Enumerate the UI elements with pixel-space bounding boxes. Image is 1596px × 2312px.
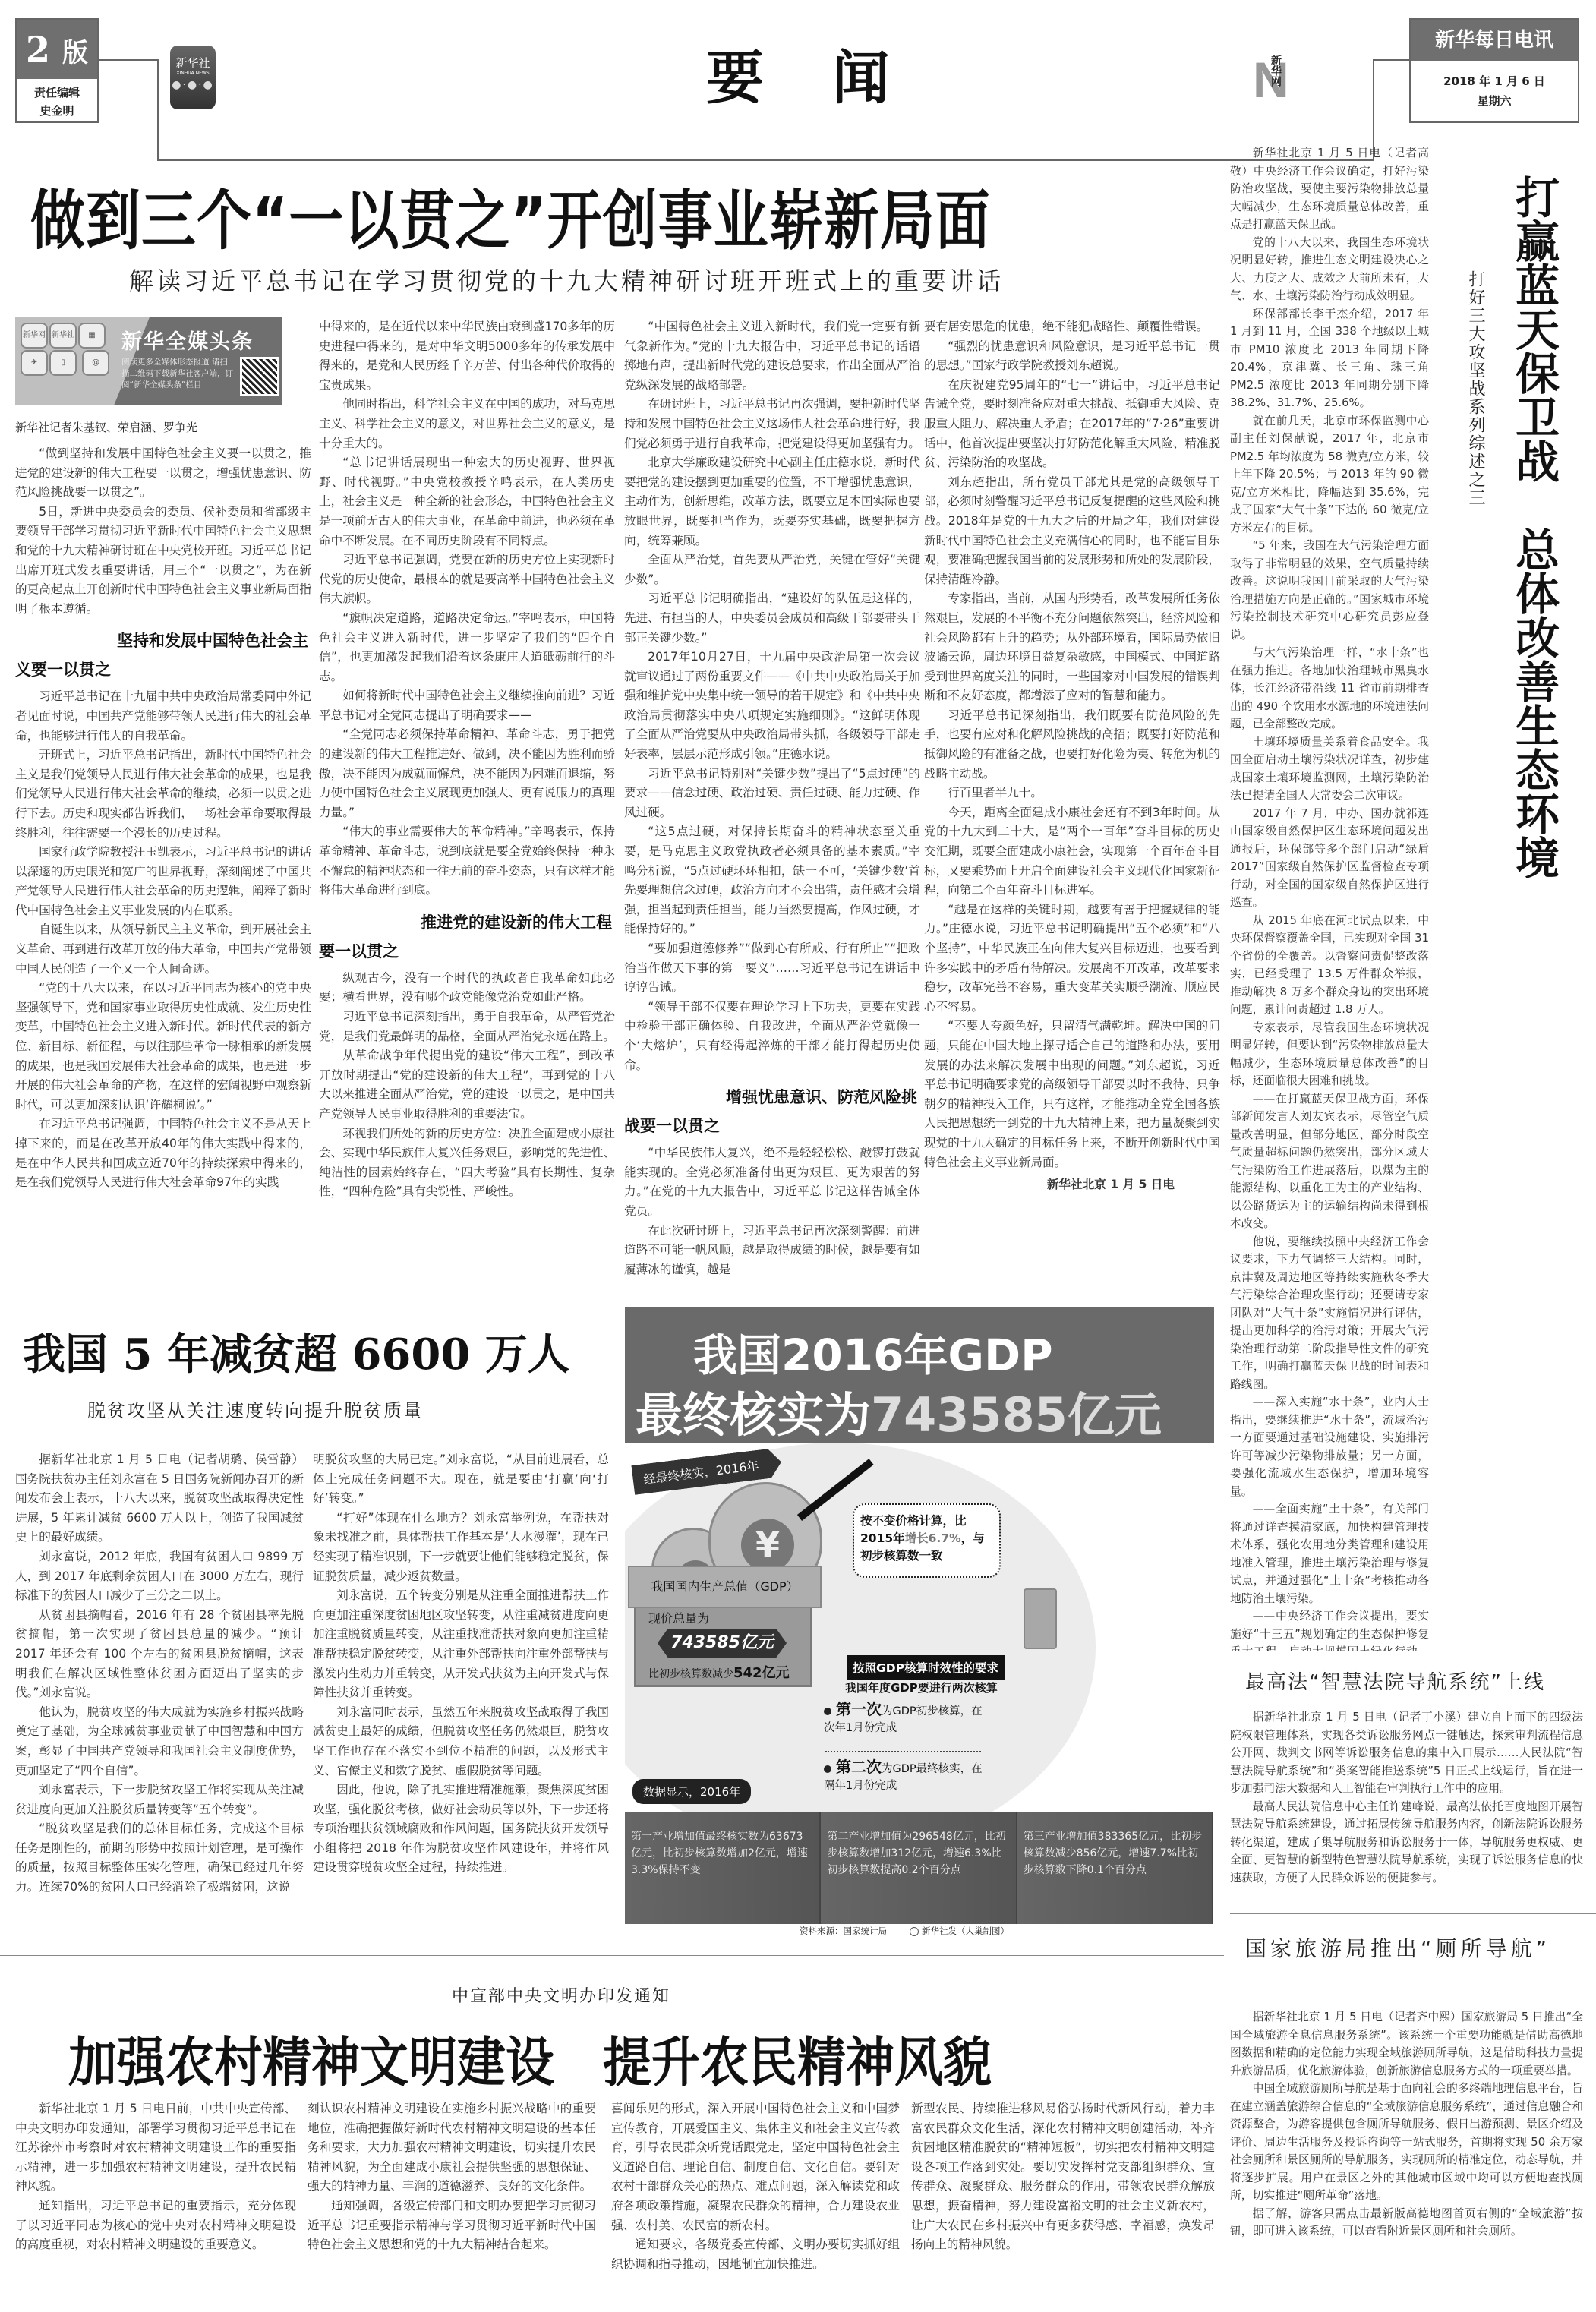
bubble-line: 按不变价格计算，比 xyxy=(860,1512,993,1530)
dateline: 新华社北京 1 月 5 日电 xyxy=(924,1175,1220,1195)
subhead-line: 要一以贯之 xyxy=(319,942,399,960)
page-number-value: 2 xyxy=(26,29,50,70)
paragraph: 习近平总书记深刻指出，我们既要有防范风险的先手，也要有应对和化解风险挑战的高招；… xyxy=(924,706,1220,784)
paragraph: 在此次研讨班上，习近平总书记再次深刻警醒：前进道路不可能一帆风顺，越是取得成绩的… xyxy=(624,1222,920,1280)
tourism-headline: 国家旅游局推出“厕所导航” xyxy=(1245,1932,1550,1963)
paragraph: “脱贫攻坚是我们的总体目标任务，完成这个目标任务是刚性的，前期的形势中按照计划管… xyxy=(15,1819,304,1897)
header-rule xyxy=(157,59,159,161)
qr-small-icon: ▦ xyxy=(78,323,106,349)
paragraph: “要加强道德修养”“做到心有所戒、行有所止”“把政治当作做天下事的第一要义”……… xyxy=(624,939,920,998)
paragraph: 行百里者半九十。 xyxy=(924,784,1220,803)
page-suffix: 版 xyxy=(62,38,88,68)
issue-date: 2018 年 1 月 6 日 xyxy=(1411,71,1578,91)
court-headline: 最高法“智慧法院导航系统”上线 xyxy=(1245,1667,1545,1695)
gdp-box-label: 现价总量为 xyxy=(648,1609,709,1626)
editor-name: 史金明 xyxy=(17,102,97,120)
step-label: 第二次 xyxy=(836,1758,882,1776)
subhead-line: 增强忧患意识、防范风险挑 xyxy=(624,1083,920,1112)
paragraph: 全面从严治党，首先要从严治党，关键在管好“关键少数”。 xyxy=(624,550,920,589)
paragraph: 最高人民法院信息中心主任许建峰说，最高法依托百度地图开展智慧法院导航系统建设，通… xyxy=(1230,1798,1583,1888)
byline: 新华社记者朱基钗、荣启涵、罗争光 xyxy=(15,419,197,435)
subhead-line: 战要一以贯之 xyxy=(624,1117,720,1135)
paragraph: 北京大学廉政建设研究中心副主任庄德水说，新时代要把党的建设摆到更加重要的位置，不… xyxy=(624,453,920,550)
paragraph: 新华社北京 1 月 5 日电日前，中共中央宣传部、中央文明办印发通知，部署学习贯… xyxy=(15,2099,296,2197)
paragraph: 中国全域旅游厕所导航是基于面向社会的多终端地理信息平台，旨在建立涵盖旅游综合信息… xyxy=(1230,2080,1583,2205)
paragraph: 据新华社北京 1 月 5 日电（记者丁小溪）建立自上而下的四级法院权限管理体系，… xyxy=(1230,1708,1583,1798)
paragraph: 刘永富同时表示，虽然五年来脱贫攻坚战取得了我国减贫史上最好的成绩，但脱贫攻坚任务… xyxy=(313,1703,609,1781)
paragraph: 2017 年 7 月，中办、国办就祁连山国家级自然保护区生态环境问题发出通报后，… xyxy=(1230,805,1429,912)
right-story-body: 新华社北京 1 月 5 日电（记者高敬）中央经济工作会议确定，打好污染防治攻坚战… xyxy=(1230,144,1429,1651)
xinhuanet-icon: 新华网 xyxy=(21,323,48,349)
qr-code-icon[interactable] xyxy=(240,357,279,396)
at-icon: @ xyxy=(82,350,109,376)
gdp-title-prefix: 最终核实为 xyxy=(636,1387,871,1443)
paragraph: 今天，距离全面建成小康社会还有不到3年时间。从党的十九大到二十大，是“两个一百年… xyxy=(924,803,1220,901)
rural-column-3: 喜闻乐见的形式，深入开展中国特色社会主义和中国梦宣传教育，开展爱国主义、集体主义… xyxy=(611,2099,900,2312)
paragraph: 据了解，游客只需点击最新版高德地图首页右侧的“全域旅游”按钮，即可进入该系统，可… xyxy=(1230,2205,1583,2241)
paragraph: 中得来的，是在近代以来中华民族由衰到盛170多年的历史进程中得来的，是对中华文明… xyxy=(319,317,615,395)
data-shows-tag: 数据显示，2016年 xyxy=(632,1779,751,1804)
issue-weekday: 星期六 xyxy=(1411,91,1578,111)
promo-title: 新华全媒头条 xyxy=(121,325,254,355)
main-headline: 做到三个“一以贯之”开创事业崭新局面 xyxy=(30,169,1230,262)
poverty-column-1: 据新华社北京 1 月 5 日电（记者胡璐、侯雪静）国务院扶贫办主任刘永富在 5 … xyxy=(15,1450,304,1944)
less-prefix: 比初步核算数减少 xyxy=(648,1668,733,1680)
paragraph: 明脱贫攻坚的大局已定。”刘永富说，“从目前进展看，总体上完成任务问题不大。现在，… xyxy=(313,1450,609,1509)
paragraph: ——全面实施“土十条”，有关部门将通过详查摸清家底，加快构建管理技术体系，强化农… xyxy=(1230,1500,1429,1607)
paragraph: 2017年10月27日，十九届中央政治局第一次会议就审议通过了两份重要文件——《… xyxy=(624,648,920,765)
gdp-title-line2: 最终核实为743585亿元 xyxy=(636,1377,1162,1445)
paragraph: 据新华社北京 1 月 5 日电（记者齐中熙）国家旅游局 5 日推出“全国全域旅游… xyxy=(1230,2008,1583,2080)
source-text: 资料来源：国家统计局 xyxy=(800,1926,887,1936)
source-line: 资料来源：国家统计局新华社发（大巢制图） xyxy=(800,1925,1009,1937)
paragraph: 5日，新进中央委员会的委员、候补委员和省部级主要领导干部学习贯彻习近平新时代中国… xyxy=(15,503,311,620)
tertiary-industry-panel: 第三产业增加值383365亿元，比初步核算数减少856亿元，增速7.7%比初步核… xyxy=(1017,1812,1213,1924)
paragraph: 在习近平总书记强调，中国特色社会主义不是从天上掉下来的，而是在改革开放40年的伟… xyxy=(15,1115,311,1192)
drone-icon: ✈ xyxy=(21,350,48,376)
promo-box[interactable]: 新华网新华社▦ ✈▯ @ 新华全媒头条 阅读更多全媒体形态报道 请扫描二维码下载… xyxy=(15,317,282,405)
promo-icons: 新华网新华社▦ ✈▯ @ xyxy=(20,322,111,377)
paragraph: “伟大的事业需要伟大的革命精神。”辛鸣表示，保持革命精神、革命斗志，说到底就是要… xyxy=(319,822,615,900)
bullet-icon xyxy=(824,1708,831,1715)
xinhuanet-logo: N 新华网 xyxy=(1253,53,1314,106)
paragraph: “这5点过硬，对保持长期奋斗的精神状态至关重要，是马克思主义政党执政者必须具备的… xyxy=(624,822,920,939)
paragraph: “越是在这样的关键时期，越要有善于把握规律的能力。”庄德水说，习近平总书记明确提… xyxy=(924,901,1220,1017)
poverty-headline: 我国 5 年减贫超 6600 万人 xyxy=(23,1321,570,1382)
page-number: 2 版 xyxy=(17,20,97,79)
xinhua-logo: 新华社 XINHUA NEWS ●·●·● xyxy=(170,46,216,109)
column-rule xyxy=(1225,137,1225,1655)
less-value: 542亿元 xyxy=(733,1665,790,1681)
section-subhead: 推进党的建设新的伟大工程 要一以贯之 xyxy=(319,908,615,966)
step-second: 第二次为GDP最终核实，在隔年1月份完成 xyxy=(824,1758,983,1794)
paragraph: “全党同志必须保持革命精神、革命斗志，勇于把党的建设新的伟大工程推进好、做到，决… xyxy=(319,725,615,822)
court-story-body: 据新华社北京 1 月 5 日电（记者丁小溪）建立自上而下的四级法院权限管理体系，… xyxy=(1230,1708,1583,1906)
paragraph: 自诞生以来，从领导新民主主义革命，到开展社会主义革命、再到进行改革开放的伟大革命… xyxy=(15,920,311,979)
section-rule xyxy=(1230,1913,1596,1914)
paragraph: 刘永富表示，下一步脱贫攻坚工作将实现从关注减贫进度向更加关注脱贫质量转变等“五个… xyxy=(15,1781,304,1819)
paragraph: 刘东超指出，所有党员干部尤其是党的高级领导干部，必须时刻警醒习近平总书记反复提醒… xyxy=(924,473,1220,590)
paragraph: 就在前几天，北京市环保监测中心副主任刘保献说，2017 年，北京市 PM2.5 … xyxy=(1230,412,1429,538)
paragraph: 新型农民、持续推进移风易俗弘扬时代新风行动，着力丰富农民群众文化生活，深化农村精… xyxy=(911,2099,1215,2255)
growth-rate: 增长6.7% xyxy=(905,1531,961,1545)
paragraph: “总书记讲话展现出一种宏大的历史视野、世界视野、时代视野。”中央党校教授辛鸣表示… xyxy=(319,453,615,550)
subhead-line: 推进党的建设新的伟大工程 xyxy=(319,908,615,937)
paragraph: 在研讨班上，习近平总书记再次强调，要把新时代坚持和发展中国特色社会主义这场伟大社… xyxy=(624,395,920,453)
paragraph: 刘永富说，五个转变分别是从注重全面推进帮扶工作向更加注重深度贫困地区攻坚转变，从… xyxy=(313,1586,609,1703)
news-logo-cn: 新华网 xyxy=(1268,55,1283,87)
dotted-divider xyxy=(825,1751,981,1752)
paragraph: “5 年来，我国在大气污染治理方面取得了非常明显的效果，空气质量持续改善。这说明… xyxy=(1230,537,1429,644)
gdp-box-lid: 我国国内生产总值（GDP） xyxy=(628,1566,822,1608)
gdp-infographic: 我国2016年GDP 最终核实为743585亿元 经最终核实，2016年 ¥ ¥… xyxy=(625,1307,1214,1941)
gdp-title-value: 743585亿元 xyxy=(871,1387,1162,1443)
main-story-column-4: 要有居安思危的忧患，绝不能犯战略性、颠覆性错误。 “强烈的忧患意识和风险意识，是… xyxy=(924,317,1220,1295)
paragraph: 与大气污染治理一样，“水十条”也在强力推进。各地加快治理城市黑臭水体，长江经济带… xyxy=(1230,644,1429,733)
paragraph: 土壤环境质量关系着食品安全。我国全面启动土壤污染状况详查，初步建成国家土壤环境监… xyxy=(1230,733,1429,805)
paragraph: 专家指出，当前，从国内形势看，改革发展所任务依然艰巨，发展的不平衡不充分问题依然… xyxy=(924,589,1220,706)
network-icon: ●·●·● xyxy=(170,79,216,91)
logo-en: XINHUA NEWS xyxy=(170,71,216,76)
primary-industry-panel: 第一产业增加值最终核实数为63673亿元，比初步核算数增加2亿元，增速3.3%保… xyxy=(625,1812,821,1924)
paragraph: “不要人夸颜色好，只留清气满乾坤。解决中国的问题，只能在中国大地上探寻适合自己的… xyxy=(924,1017,1220,1172)
rural-headline: 加强农村精神文明建设 提升农民精神风貌 xyxy=(68,2020,992,2096)
main-story-column-1: “做到坚持和发展中国特色社会主义要一以贯之，推进党的建设新的伟大工程要一以贯之，… xyxy=(15,444,311,1295)
paragraph: ——中央经济工作会议提出，要实施好“十三五”规划确定的生态保护修复重大工程。启动… xyxy=(1230,1607,1429,1651)
main-story-column-3: “中国特色社会主义进入新时代，我们党一定要有新气象新作为。”党的十九大报告中，习… xyxy=(624,317,920,1295)
section-title: 要闻 xyxy=(706,32,958,115)
paragraph: 从 2015 年底在河北试点以来，中央环保督察覆盖全国，已实现对全国 31 个省… xyxy=(1230,912,1429,1019)
poverty-subheadline: 脱贫攻坚从关注速度转向提升脱贫质量 xyxy=(87,1396,423,1422)
bubble-year: 2015年 xyxy=(860,1531,905,1545)
two-accountings: 我国年度GDP要进行两次核算 xyxy=(845,1680,998,1695)
page-number-badge: 2 版 责任编辑 史金明 xyxy=(15,18,99,123)
paragraph: “强烈的忧患意识和风险意识，是习近平总书记一贯的思想。”国家行政学院教授刘东超说… xyxy=(924,337,1220,376)
paragraph: “领导干部不仅要在理论学习上下功夫，更要在实践中检验干部正确体验、自我改进，全面… xyxy=(624,998,920,1075)
paragraph: 因此，他说，除了扎实推进精准施策，聚焦深度贫困攻坚，强化脱贫考核，做好社会动员等… xyxy=(313,1781,609,1878)
rural-column-2: 刻认识农村精神文明建设在实施乡村振兴战略中的重要地位，准确把握做好新时代农村精神… xyxy=(308,2099,596,2312)
step-label: 第一次 xyxy=(836,1700,882,1718)
paragraph: “党的十八大以来，在以习近平同志为核心的党中央坚强领导下，党和国家事业取得历史性… xyxy=(15,979,311,1115)
gdp-box: 现价总量为 743585亿元 比初步核算数减少542亿元 xyxy=(634,1599,812,1687)
section-subhead: 坚持和发展中国特色社会主 义要一以贯之 xyxy=(15,626,311,684)
rural-column-4: 新型农民、持续推进移风易俗弘扬时代新风行动，着力丰富农民群众文化生活，深化农村精… xyxy=(911,2099,1215,2312)
right-story-headline: 打赢蓝天保卫战 总体改善生态环境 xyxy=(1507,175,1560,879)
section-rule xyxy=(1230,1654,1596,1654)
industry-panels: 第一产业增加值最终核实数为63673亿元，比初步核算数增加2亿元，增速3.3%保… xyxy=(625,1812,1213,1924)
paragraph: 环保部部长李干杰介绍，2017 年 1 月到 11 月，全国 338 个地级以上… xyxy=(1230,305,1429,412)
paragraph: ——在打赢蓝天保卫战方面，环保部新闻发言人刘友宾表示，尽管空气质量改善明显，但部… xyxy=(1230,1090,1429,1233)
paragraph: 国家行政学院教授汪玉凯表示，习近平总书记的讲话以深邃的历史眼光和宽广的世界视野，… xyxy=(15,843,311,920)
growth-bubble: 按不变价格计算，比 2015年增长6.7%，与 初步核算数一致 xyxy=(853,1503,1001,1578)
gdp-banner: 我国2016年GDP 最终核实为743585亿元 xyxy=(625,1307,1214,1443)
safe-icon xyxy=(1024,1588,1057,1649)
paragraph: “旗帜决定道路，道路决定命运。”宰鸣表示，中国特色社会主义进入新时代，进一步坚定… xyxy=(319,609,615,686)
paragraph: 习近平总书记深刻指出，勇于自我革命，从严管党治党，是我们党最鲜明的品格，全面从严… xyxy=(319,1008,615,1046)
paragraph: “中华民族伟大复兴，绝不是轻轻松松、敲锣打鼓就能实现的。全党必须准备付出更为艰巨… xyxy=(624,1143,920,1221)
secondary-industry-panel: 第二产业增加值为296548亿元，比初步核算数增加312亿元，增速6.3%比初步… xyxy=(821,1812,1017,1924)
main-subheadline: 解读习近平总书记在学习贯彻党的十九大精神研讨班开班式上的重要讲话 xyxy=(129,262,1004,297)
section-subhead: 增强忧患意识、防范风险挑 战要一以贯之 xyxy=(624,1083,920,1140)
paragraph: 从革命战争年代提出党的建设“伟大工程”，到改革开放时期提出“党的建设新的伟大工程… xyxy=(319,1046,615,1124)
phone-icon: ▯ xyxy=(49,350,77,376)
main-story-column-2: 中得来的，是在近代以来中华民族由衰到盛170多年的历史进程中得来的，是对中华文明… xyxy=(319,317,615,1295)
bubble-line: 2015年增长6.7%，与 xyxy=(860,1530,993,1547)
step-first: 第一次为GDP初步核算，在次年1月份完成 xyxy=(824,1701,983,1736)
paragraph: 通知要求，各级党委宣传部、文明办要切实抓好组织协调和指导推动，因地制宜加快推进。 xyxy=(611,2235,900,2274)
xinhua-app-icon: 新华社 xyxy=(49,323,77,349)
yen-icon: ¥ xyxy=(741,1519,794,1572)
paragraph: 他说，要继续按照中央经济工作会议要求，下力气调整三大结构。同时，京津冀及周边地区… xyxy=(1230,1233,1429,1394)
subhead-line: 义要一以贯之 xyxy=(15,661,111,679)
paragraph: 如何将新时代中国特色社会主义继续推向前进？习近平总书记对全党同志提出了明确要求—… xyxy=(319,686,615,725)
paragraph: 习近平总书记特别对“关键少数”提出了“5点过硬”的要求——信念过硬、政治过硬、责… xyxy=(624,765,920,823)
paragraph: “做到坚持和发展中国特色社会主义要一以贯之，推进党的建设新的伟大工程要一以贯之，… xyxy=(15,444,311,503)
poverty-column-2: 明脱贫攻坚的大局已定。”刘永富说，“从目前进展看，总体上完成任务问题不大。现在，… xyxy=(313,1450,609,1944)
paper-name: 新华每日电讯 xyxy=(1411,20,1578,61)
bubble-line: 初步核算数一致 xyxy=(860,1547,993,1565)
tourism-story-body: 据新华社北京 1 月 5 日电（记者齐中熙）国家旅游局 5 日推出“全国全域旅游… xyxy=(1230,2008,1583,2312)
paragraph: 党的十八大以来，我国生态环境状况明显好转，推进生态文明建设决心之大、力度之大、成… xyxy=(1230,234,1429,305)
paragraph: 专家表示，尽管我国生态环境状况明显好转，但要达到“污染物排放总量大幅减少，生态环… xyxy=(1230,1019,1429,1090)
gdp-title-line1: 我国2016年GDP xyxy=(693,1320,1053,1383)
paragraph: 据新华社北京 1 月 5 日电（记者胡璐、侯雪静）国务院扶贫办主任刘永富在 5 … xyxy=(15,1450,304,1547)
paragraph: 他认为，脱贫攻坚的伟大成就为实施乡村振兴战略奠定了基础，为全球减贫事业贡献了中国… xyxy=(15,1703,304,1781)
credit-text: 新华社发（大巢制图） xyxy=(922,1926,1009,1936)
right-story-series-label: 打好三大攻坚战系列综述之三 xyxy=(1464,270,1487,507)
paragraph: “中国特色社会主义进入新时代，我们党一定要有新气象新作为。”党的十九大报告中，习… xyxy=(624,317,920,395)
paragraph: 他同时指出，科学社会主义在中国的成功，对马克思主义、科学社会主义的意义，对世界社… xyxy=(319,395,615,453)
paragraph: 刻认识农村精神文明建设在实施乡村振兴战略中的重要地位，准确把握做好新时代农村精神… xyxy=(308,2099,596,2197)
paragraph: 通知指出，习近平总书记的重要指示，充分体现了以习近平同志为核心的党中央对农村精神… xyxy=(15,2197,296,2255)
gdp-box-less: 比初步核算数减少542亿元 xyxy=(648,1662,790,1682)
editor-info: 责任编辑 史金明 xyxy=(17,79,97,120)
logo-cn: 新华社 xyxy=(170,46,216,71)
paragraph: 环视我们所处的新的历史方位：决胜全面建成小康社会、实现中华民族伟大复兴任务艰巨，… xyxy=(319,1124,615,1202)
paragraph: 新华社北京 1 月 5 日电（记者高敬）中央经济工作会议确定，打好污染防治攻坚战… xyxy=(1230,144,1429,234)
paragraph: 在庆祝建党95周年的“七一”讲话中，习近平总书记告诫全党，要时刻准备应对重大挑战… xyxy=(924,376,1220,473)
paragraph: 刘永富说，2012 年底，我国有贫困人口 9899 万人，到 2017 年底剩余… xyxy=(15,1547,304,1606)
header-rule xyxy=(1373,59,1411,61)
paragraph: 通知强调，各级宣传部门和文明办要把学习贯彻习近平总书记重要指示精神与学习贯彻习近… xyxy=(308,2197,596,2255)
section-rule xyxy=(0,1955,1224,1956)
editor-label: 责任编辑 xyxy=(17,84,97,102)
paragraph: 从贫困县摘帽看，2016 年有 28 个贫困县率先脱贫摘帽，第一次实现了贫困县总… xyxy=(15,1606,304,1703)
bullet-icon xyxy=(824,1765,831,1773)
bubble-suffix: ，与 xyxy=(961,1531,985,1545)
gdp-box-value: 743585亿元 xyxy=(658,1629,787,1658)
paragraph: ——深入实施“水十条”，业内人士指出，要继续推进“水十条”，流域治污一方面要通过… xyxy=(1230,1393,1429,1500)
timeliness-requirement: 按照GDP核算时效性的要求 xyxy=(847,1655,1005,1680)
rural-column-1: 新华社北京 1 月 5 日电日前，中共中央宣传部、中央文明办印发通知，部署学习贯… xyxy=(15,2099,296,2312)
paragraph: 纵观古今，没有一个时代的执政者自我革命如此必要；横看世界，没有哪个政党能像党治党… xyxy=(319,969,615,1008)
paragraph: 习近平总书记强调，党要在新的历史方位上实现新时代党的历史使命，最根本的就是要高举… xyxy=(319,550,615,609)
paragraph: 要有居安思危的忧患，绝不能犯战略性、颠覆性错误。 xyxy=(924,317,1220,337)
subhead-line: 坚持和发展中国特色社会主 xyxy=(15,626,311,655)
paper-badge: 新华每日电讯 2018 年 1 月 6 日 星期六 xyxy=(1409,18,1579,123)
paragraph: 习近平总书记明确指出，“建设好的队伍是这样的，先进、有担当的人，中央委员会成员和… xyxy=(624,589,920,648)
rural-kicker: 中宣部中央文明办印发通知 xyxy=(452,1983,670,2007)
paragraph: “打好”体现在什么地方？刘永富举例说，在帮扶对象未找准之前，具体帮扶工作基本是‘… xyxy=(313,1509,609,1586)
header-rule xyxy=(157,159,1374,161)
promo-description: 阅读更多全媒体形态报道 请扫描二维码下载新华社客户端，订阅“新华全媒头条”栏目 xyxy=(121,357,235,391)
paragraph: 习近平总书记在十九届中共中央政治局常委同中外记者见面时说，中国共产党能够带领人民… xyxy=(15,687,311,746)
header-rule xyxy=(99,59,159,61)
xinhua-emblem-icon xyxy=(910,1927,919,1936)
paragraph: 开班式上，习近平总书记指出，新时代中国特色社会主义是我们党领导人民进行伟大社会革… xyxy=(15,746,311,843)
paragraph: 喜闻乐见的形式，深入开展中国特色社会主义和中国梦宣传教育，开展爱国主义、集体主义… xyxy=(611,2099,900,2235)
